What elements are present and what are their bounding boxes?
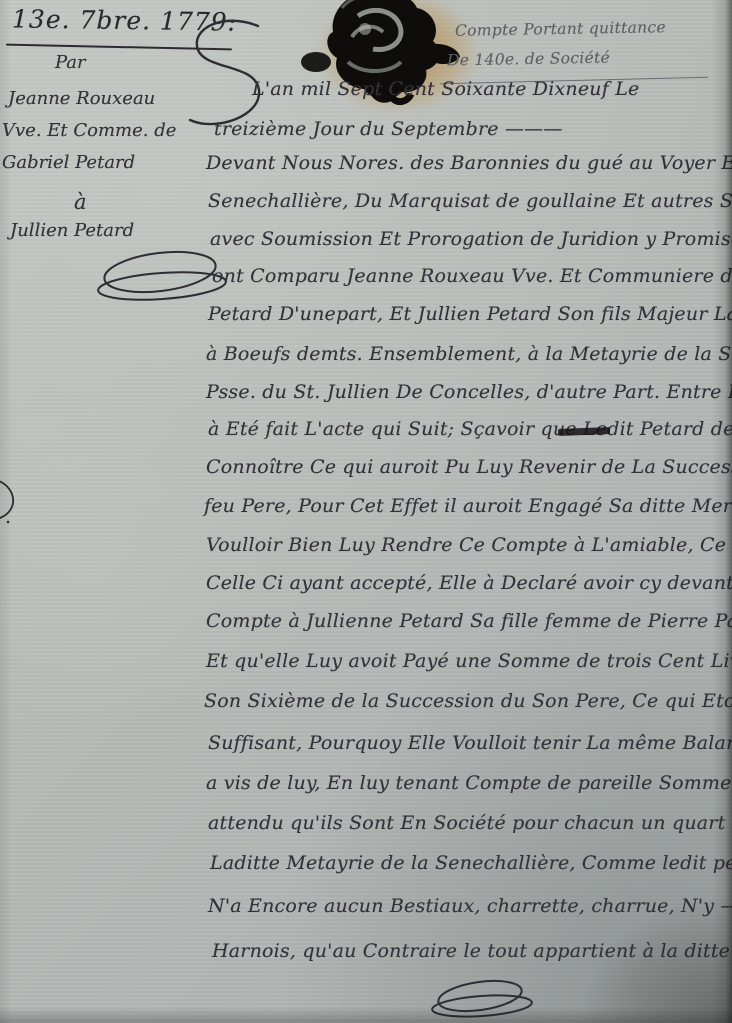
body-line: à Boeufs demts. Ensemblement, à la Metay…	[206, 343, 732, 365]
margin-versus-label: à	[74, 190, 87, 214]
body-line: Voulloir Bien Luy Rendre Ce Compte à L'a…	[206, 534, 732, 556]
body-line: Son Sixième de la Succession du Son Pere…	[204, 690, 732, 712]
manuscript-page: 13e. 7bre. 1779: Par Jeanne Rouxeau Vve.…	[0, 0, 732, 1023]
body-line: Celle Ci ayant accepté, Elle à Declaré a…	[206, 572, 732, 594]
annotation-title: Compte Portant quittance	[455, 18, 666, 40]
annotation-amount: De 140e. de Société	[447, 49, 610, 70]
body-line: Psse. du St. Jullien De Concelles, d'aut…	[206, 381, 732, 403]
body-line: Petard D'unepart, Et Jullien Petard Son …	[208, 303, 732, 325]
body-line: Connoître Ce qui auroit Pu Luy Revenir d…	[206, 456, 732, 478]
body-line: Harnois, qu'au Contraire le tout apparti…	[212, 940, 730, 962]
body-line: ont Comparu Jeanne Rouxeau Vve. Et Commu…	[212, 265, 732, 287]
body-line: feu Pere, Pour Cet Effet il auroit Engag…	[204, 495, 732, 517]
body-line: Devant Nous Nores. des Baronnies du gué …	[206, 152, 732, 174]
margin-party-widow: Jeanne Rouxeau	[8, 88, 155, 109]
body-line: L'an mil Sept Cent Soixante Dixneuf Le	[252, 78, 639, 100]
margin-par-label: Par	[55, 52, 86, 73]
body-line: N'a Encore aucun Bestiaux, charrette, ch…	[208, 895, 732, 917]
body-line: Senechallière, Du Marquisat de goullaine…	[208, 190, 732, 212]
paraph-flourish-icon	[420, 978, 540, 1022]
body-line: Laditte Metayrie de la Senechallière, Co…	[210, 852, 732, 874]
margin-party-quality: Vve. Et Comme. de	[2, 120, 176, 141]
body-line: avec Soumission Et Prorogation de Juridi…	[210, 228, 732, 250]
margin-party-husband: Gabriel Petard	[2, 152, 135, 173]
body-line: Suffisant, Pourquoy Elle Voulloit tenir …	[208, 732, 732, 754]
body-line: Et qu'elle Luy avoit Payé une Somme de t…	[206, 650, 732, 672]
paraph-flourish-icon	[90, 246, 230, 308]
body-line: treizième Jour du Septembre ———	[214, 118, 563, 140]
partial-letter-mark	[0, 472, 28, 538]
body-line: à Eté fait L'acte qui Suit; Sçavoir que …	[208, 418, 732, 440]
body-line: attendu qu'ils Sont En Société pour chac…	[208, 812, 732, 834]
margin-party-son: Jullien Petard	[10, 220, 134, 241]
body-line: Compte à Jullienne Petard Sa fille femme…	[206, 610, 732, 632]
body-line: a vis de luy, En luy tenant Compte de pa…	[206, 772, 732, 794]
